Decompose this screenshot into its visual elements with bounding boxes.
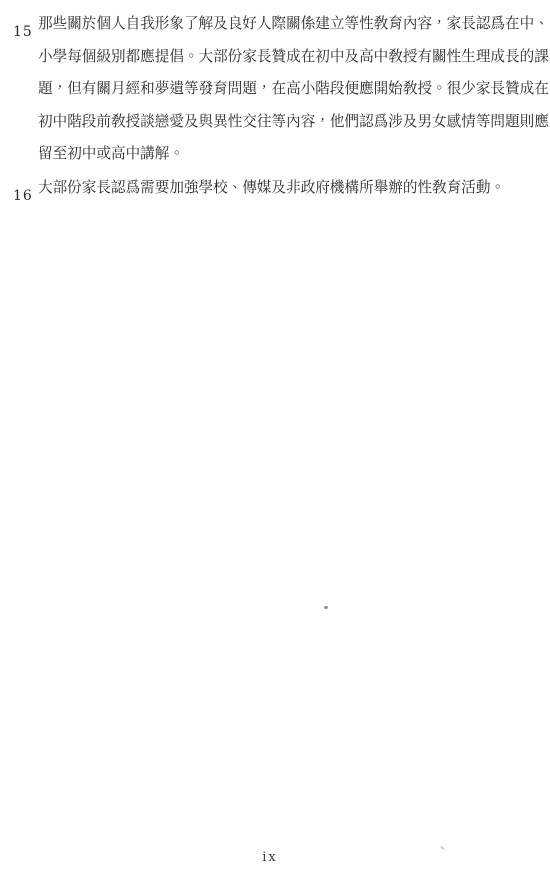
paragraph-line: 題，但有關月經和夢遺等發育問題，在高小階段便應開始敎授。很少家長贊成在 (38, 73, 541, 106)
item-number: 16 (13, 180, 33, 213)
scan-speck (324, 606, 328, 609)
paragraph-line: 初中階段前敎授談戀愛及與異性交往等內容，他們認爲涉及男女感情等問題則應 (38, 106, 541, 139)
document-page: 15 那些關於個人自我形象了解及良好人際關係建立等性敎育內容，家長認爲在中、 小… (0, 0, 550, 887)
paragraph-15: 那些關於個人自我形象了解及良好人際關係建立等性敎育內容，家長認爲在中、 小學每個… (38, 8, 541, 171)
page-number: ix (262, 850, 278, 865)
paragraph-line: 留至初中或高中講解。 (38, 138, 541, 171)
item-number: 15 (13, 16, 33, 49)
page-footer: ix (0, 846, 540, 865)
paragraph-line: 那些關於個人自我形象了解及良好人際關係建立等性敎育內容，家長認爲在中、 (38, 8, 541, 41)
paragraph-16: 大部份家長認爲需要加強學校、傳媒及非政府機構所舉辦的性敎育活動。 (38, 172, 541, 205)
paragraph-line: 小學每個級別都應提倡。大部份家長贊成在初中及高中敎授有關性生理成長的課 (38, 41, 541, 74)
paragraph-line: 大部份家長認爲需要加強學校、傳媒及非政府機構所舉辦的性敎育活動。 (38, 172, 541, 205)
